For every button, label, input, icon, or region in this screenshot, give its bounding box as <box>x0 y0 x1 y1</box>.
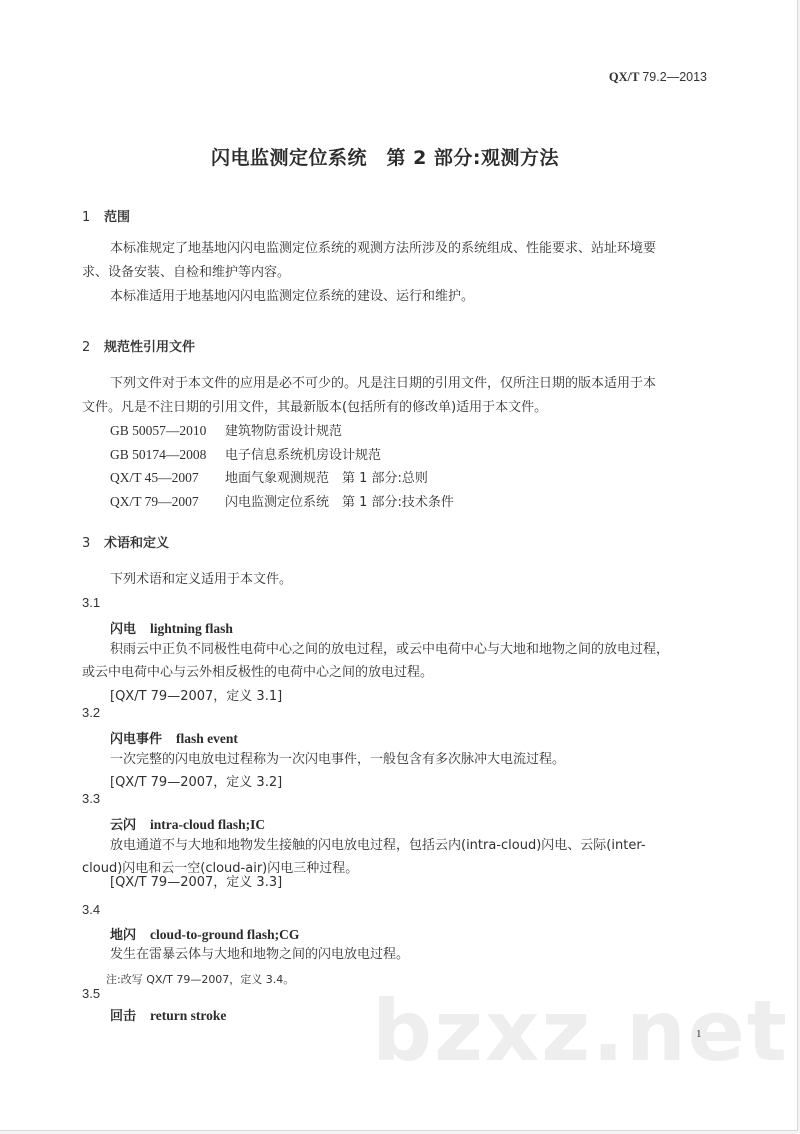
term-zh: 回击 <box>110 1009 136 1024</box>
reference-item: QX/T 45—2007地面气象观测规范 第 1 部分:总则 <box>110 470 428 487</box>
paragraph-line: 文件。凡是不注日期的引用文件，其最新版本(包括所有的修改单)适用于本文件。 <box>82 400 547 416</box>
section-number: 2 <box>82 340 104 355</box>
clause-number: 3.5 <box>82 986 100 1001</box>
definition-line: 一次完整的闪电放电过程称为一次闪电事件，一般包含有多次脉冲大电流过程。 <box>110 752 565 768</box>
document-page: QX/T 79.2—2013 闪电监测定位系统 第 2 部分:观测方法 1范围 … <box>0 0 798 1131</box>
document-title: 闪电监测定位系统 第 2 部分:观测方法 <box>0 143 770 170</box>
standard-code-prefix: QX/T <box>609 70 639 84</box>
section-heading-3: 3术语和定义 <box>82 532 169 551</box>
term-zh: 地闪 <box>110 928 136 943</box>
paragraph-line: 本标准适用于地基地闪闪电监测定位系统的建设、运行和维护。 <box>110 289 474 305</box>
definition-line: 或云中电荷中心与云外相反极性的电荷中心之间的放电过程。 <box>82 665 433 681</box>
section-title: 范围 <box>104 210 130 225</box>
clause-number: 3.4 <box>82 902 100 917</box>
definition-line: 积雨云中正负不同极性电荷中心之间的放电过程，或云中电荷中心与大地和地物之间的放电… <box>110 642 669 658</box>
reference-title: 电子信息系统机房设计规范 <box>225 448 381 463</box>
paragraph-line: 下列术语和定义适用于本文件。 <box>110 572 292 588</box>
definition-source: [QX/T 79—2007，定义 3.1] <box>110 689 282 705</box>
definition-source: [QX/T 79—2007，定义 3.2] <box>110 775 282 791</box>
reference-code: QX/T 79—2007 <box>110 494 225 510</box>
reference-item: QX/T 79—2007闪电监测定位系统 第 1 部分:技术条件 <box>110 494 454 511</box>
term-heading: 地闪cloud-to-ground flash;CG <box>110 924 299 943</box>
definition-source: [QX/T 79—2007，定义 3.3] <box>110 875 282 891</box>
term-heading: 回击return stroke <box>110 1005 226 1024</box>
term-en: flash event <box>176 731 238 746</box>
section-heading-1: 1范围 <box>82 206 130 225</box>
section-number: 1 <box>82 210 104 225</box>
paragraph-line: 下列文件对于本文件的应用是必不可少的。凡是注日期的引用文件，仅所注日期的版本适用… <box>110 376 656 392</box>
definition-line: 放电通道不与大地和地物发生接触的闪电放电过程，包括云内(intra-cloud)… <box>110 838 646 854</box>
reference-item: GB 50057—2010建筑物防雷设计规范 <box>110 423 342 440</box>
section-heading-2: 2规范性引用文件 <box>82 336 195 355</box>
page-number: 1 <box>696 1028 702 1040</box>
section-title: 规范性引用文件 <box>104 340 195 355</box>
clause-number: 3.3 <box>82 791 100 806</box>
paragraph-line: 求、设备安装、自检和维护等内容。 <box>82 265 290 281</box>
reference-item: GB 50174—2008电子信息系统机房设计规范 <box>110 447 381 464</box>
reference-code: GB 50057—2010 <box>110 423 225 439</box>
term-heading: 闪电事件flash event <box>110 728 238 747</box>
clause-number: 3.2 <box>82 705 100 720</box>
term-en: return stroke <box>150 1008 226 1023</box>
section-number: 3 <box>82 536 104 551</box>
reference-code: GB 50174—2008 <box>110 447 225 463</box>
term-zh: 闪电 <box>110 622 136 637</box>
term-zh: 云闪 <box>110 818 136 833</box>
paragraph-line: 本标准规定了地基地闪闪电监测定位系统的观测方法所涉及的系统组成、性能要求、站址环… <box>110 241 656 257</box>
reference-title: 闪电监测定位系统 第 1 部分:技术条件 <box>225 495 454 510</box>
definition-note: 注:改写 QX/T 79—2007，定义 3.4。 <box>106 971 294 987</box>
reference-title: 建筑物防雷设计规范 <box>225 424 342 439</box>
standard-code: QX/T 79.2—2013 <box>609 70 707 85</box>
watermark: bzxz.net <box>372 982 789 1080</box>
section-title: 术语和定义 <box>104 536 169 551</box>
term-en: intra-cloud flash;IC <box>150 817 265 832</box>
definition-line: 发生在雷暴云体与大地和地物之间的闪电放电过程。 <box>110 947 409 963</box>
term-heading: 云闪intra-cloud flash;IC <box>110 814 265 833</box>
term-en: lightning flash <box>150 621 233 636</box>
reference-title: 地面气象观测规范 第 1 部分:总则 <box>225 471 428 486</box>
term-heading: 闪电lightning flash <box>110 618 233 637</box>
standard-code-number: 79.2—2013 <box>642 70 707 84</box>
reference-code: QX/T 45—2007 <box>110 470 225 486</box>
clause-number: 3.1 <box>82 595 100 610</box>
term-zh: 闪电事件 <box>110 732 162 747</box>
term-en: cloud-to-ground flash;CG <box>150 927 299 942</box>
